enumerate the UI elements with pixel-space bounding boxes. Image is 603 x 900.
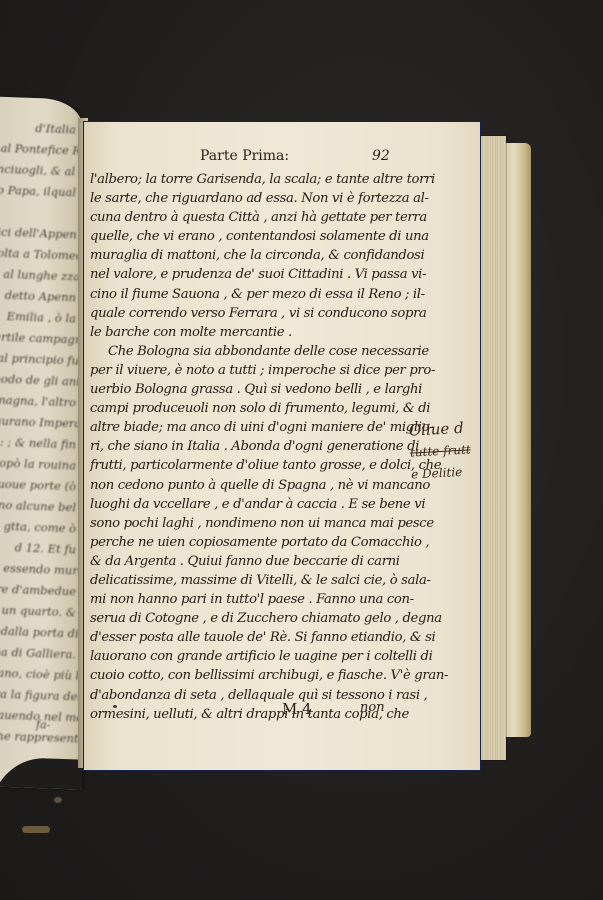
table-stain	[54, 797, 62, 803]
text-line: quale correndo verso Ferrara , vi si con…	[90, 304, 406, 323]
left-line: magna, l'altro	[0, 389, 80, 413]
left-line: gtta, come ò	[0, 515, 80, 539]
left-line: re d'ambedue	[0, 578, 80, 602]
left-line: o dalla porta di S	[0, 620, 80, 644]
text-line: frutti, particolarmente d'oliue tanto gr…	[90, 456, 406, 475]
left-line: dici dell'Appen	[0, 221, 80, 245]
left-line: no alcune bel	[0, 494, 80, 518]
left-line: : ; & nella fin	[0, 431, 80, 455]
left-line: dopò la rouina	[0, 452, 80, 476]
left-line: fertile campagn	[0, 326, 80, 350]
text-line: uerbio Bologna grassa . Quì si vedono be…	[90, 380, 406, 399]
text-line: cino il fiume Sauona , & per mezo di ess…	[90, 285, 406, 304]
left-line: nuoue porte (ò	[0, 473, 80, 497]
page-block-edges	[476, 136, 506, 760]
left-line: Emilia , ò la	[0, 305, 80, 329]
marginalia-line-struck: tutte frutt	[409, 438, 471, 463]
text-line: perche ne uien copiosamente portato da C…	[90, 533, 406, 552]
left-line	[0, 200, 80, 224]
left-line: detto Apenn	[0, 284, 80, 308]
left-line: uolta a Tolomeo	[0, 242, 80, 266]
left-line: taurano Impera	[0, 410, 80, 434]
left-line: dal principio fu	[0, 347, 80, 371]
text-line: non cedono punto à quelle di Spagna , nè…	[90, 476, 406, 495]
paragraph-start-line: Che Bologna sia abbondante delle cose ne…	[90, 342, 406, 361]
text-line: ormesini, uelluti, & altri drappi in tan…	[90, 705, 406, 724]
text-line: sono pochi laghi , nondimeno non ui manc…	[90, 514, 406, 533]
text-line: le sarte, che riguardano ad essa. Non vi…	[90, 189, 406, 208]
catchword: non	[360, 700, 385, 715]
text-line: altre biade; ma anco di uini d'ogni mani…	[90, 418, 406, 437]
text-line: l'albero; la torre Garisenda, la scala; …	[90, 170, 406, 189]
text-line: d'esser posta alle tauole de' Rè. Si fan…	[90, 628, 406, 647]
text-line: d'abondanza di seta , dellaquale quì si …	[90, 686, 406, 705]
ink-speck	[113, 705, 117, 708]
left-line: uano, cioè più lar	[0, 662, 80, 686]
text-line: cuna dentro à questa Città , anzi hà get…	[90, 208, 406, 227]
left-line: si al lunghe zza	[0, 263, 80, 287]
text-line: delicatissime, massime di Vitelli, & le …	[90, 571, 406, 590]
left-line: modo de gli anti	[0, 368, 80, 392]
running-title: Parte Prima:	[200, 148, 289, 164]
left-line: o al Pontefice Ro	[0, 137, 80, 161]
left-page: d'Italia o al Pontefice Ro enciuogli, & …	[0, 96, 82, 789]
text-line: luoghi da vccellare , e d'andar à caccia…	[90, 495, 406, 514]
handwritten-marginalia: Oliue d tutte frutt e Delitie	[408, 416, 472, 485]
signature-mark: M 4	[282, 700, 312, 718]
left-line: na di Galliera.	[0, 641, 80, 665]
left-line: o Papa, ilqual	[0, 179, 80, 203]
text-line: mi non hanno pari in tutto'l paese . Fan…	[90, 590, 406, 609]
text-line: ri, che siano in Italia . Abonda d'ogni …	[90, 437, 406, 456]
text-line: & da Argenta . Quiui fanno due beccarie …	[90, 552, 406, 571]
left-page-curl	[0, 756, 82, 789]
text-line: quelle, che vi erano , contentandosi sol…	[90, 227, 406, 246]
text-line: campi produceuoli non solo di frumento, …	[90, 399, 406, 418]
page-number: 92	[372, 148, 390, 164]
left-line: o un quarto. &	[0, 599, 80, 623]
book-cover-edge	[503, 143, 531, 737]
left-catchword: fa-	[36, 718, 50, 732]
left-line: s, essendo mura	[0, 557, 80, 581]
text-line: cuoio cotto, con bellissimi archibugi, e…	[90, 666, 406, 685]
left-line: enciuogli, & al fi	[0, 158, 80, 182]
left-line: tra la figura della	[0, 683, 80, 707]
text-line: lauorano con grande artificio le uagine …	[90, 647, 406, 666]
left-page-text: d'Italia o al Pontefice Ro enciuogli, & …	[0, 116, 80, 749]
body-text: l'albero; la torre Garisenda, la scala; …	[90, 170, 406, 724]
marginalia-line: e Delitie	[411, 460, 473, 485]
text-line: muraglia di mattoni, che la circonda, & …	[90, 246, 406, 265]
running-head: Parte Prima: 92	[84, 148, 480, 170]
left-line: d'Italia	[0, 116, 80, 140]
table-stain	[22, 826, 50, 833]
text-line: nel valore, e prudenza de' suoi Cittadin…	[90, 265, 406, 284]
text-line: per il viuere, è noto a tutti ; imperoch…	[90, 361, 406, 380]
text-line: serua di Cotogne , e di Zucchero chiamat…	[90, 609, 406, 628]
book-photograph: d'Italia o al Pontefice Ro enciuogli, & …	[0, 0, 603, 900]
text-line: le barche con molte mercantie .	[90, 323, 406, 342]
left-line: d 12. Et fu	[0, 536, 80, 560]
marginalia-line: Oliue d	[408, 416, 470, 441]
